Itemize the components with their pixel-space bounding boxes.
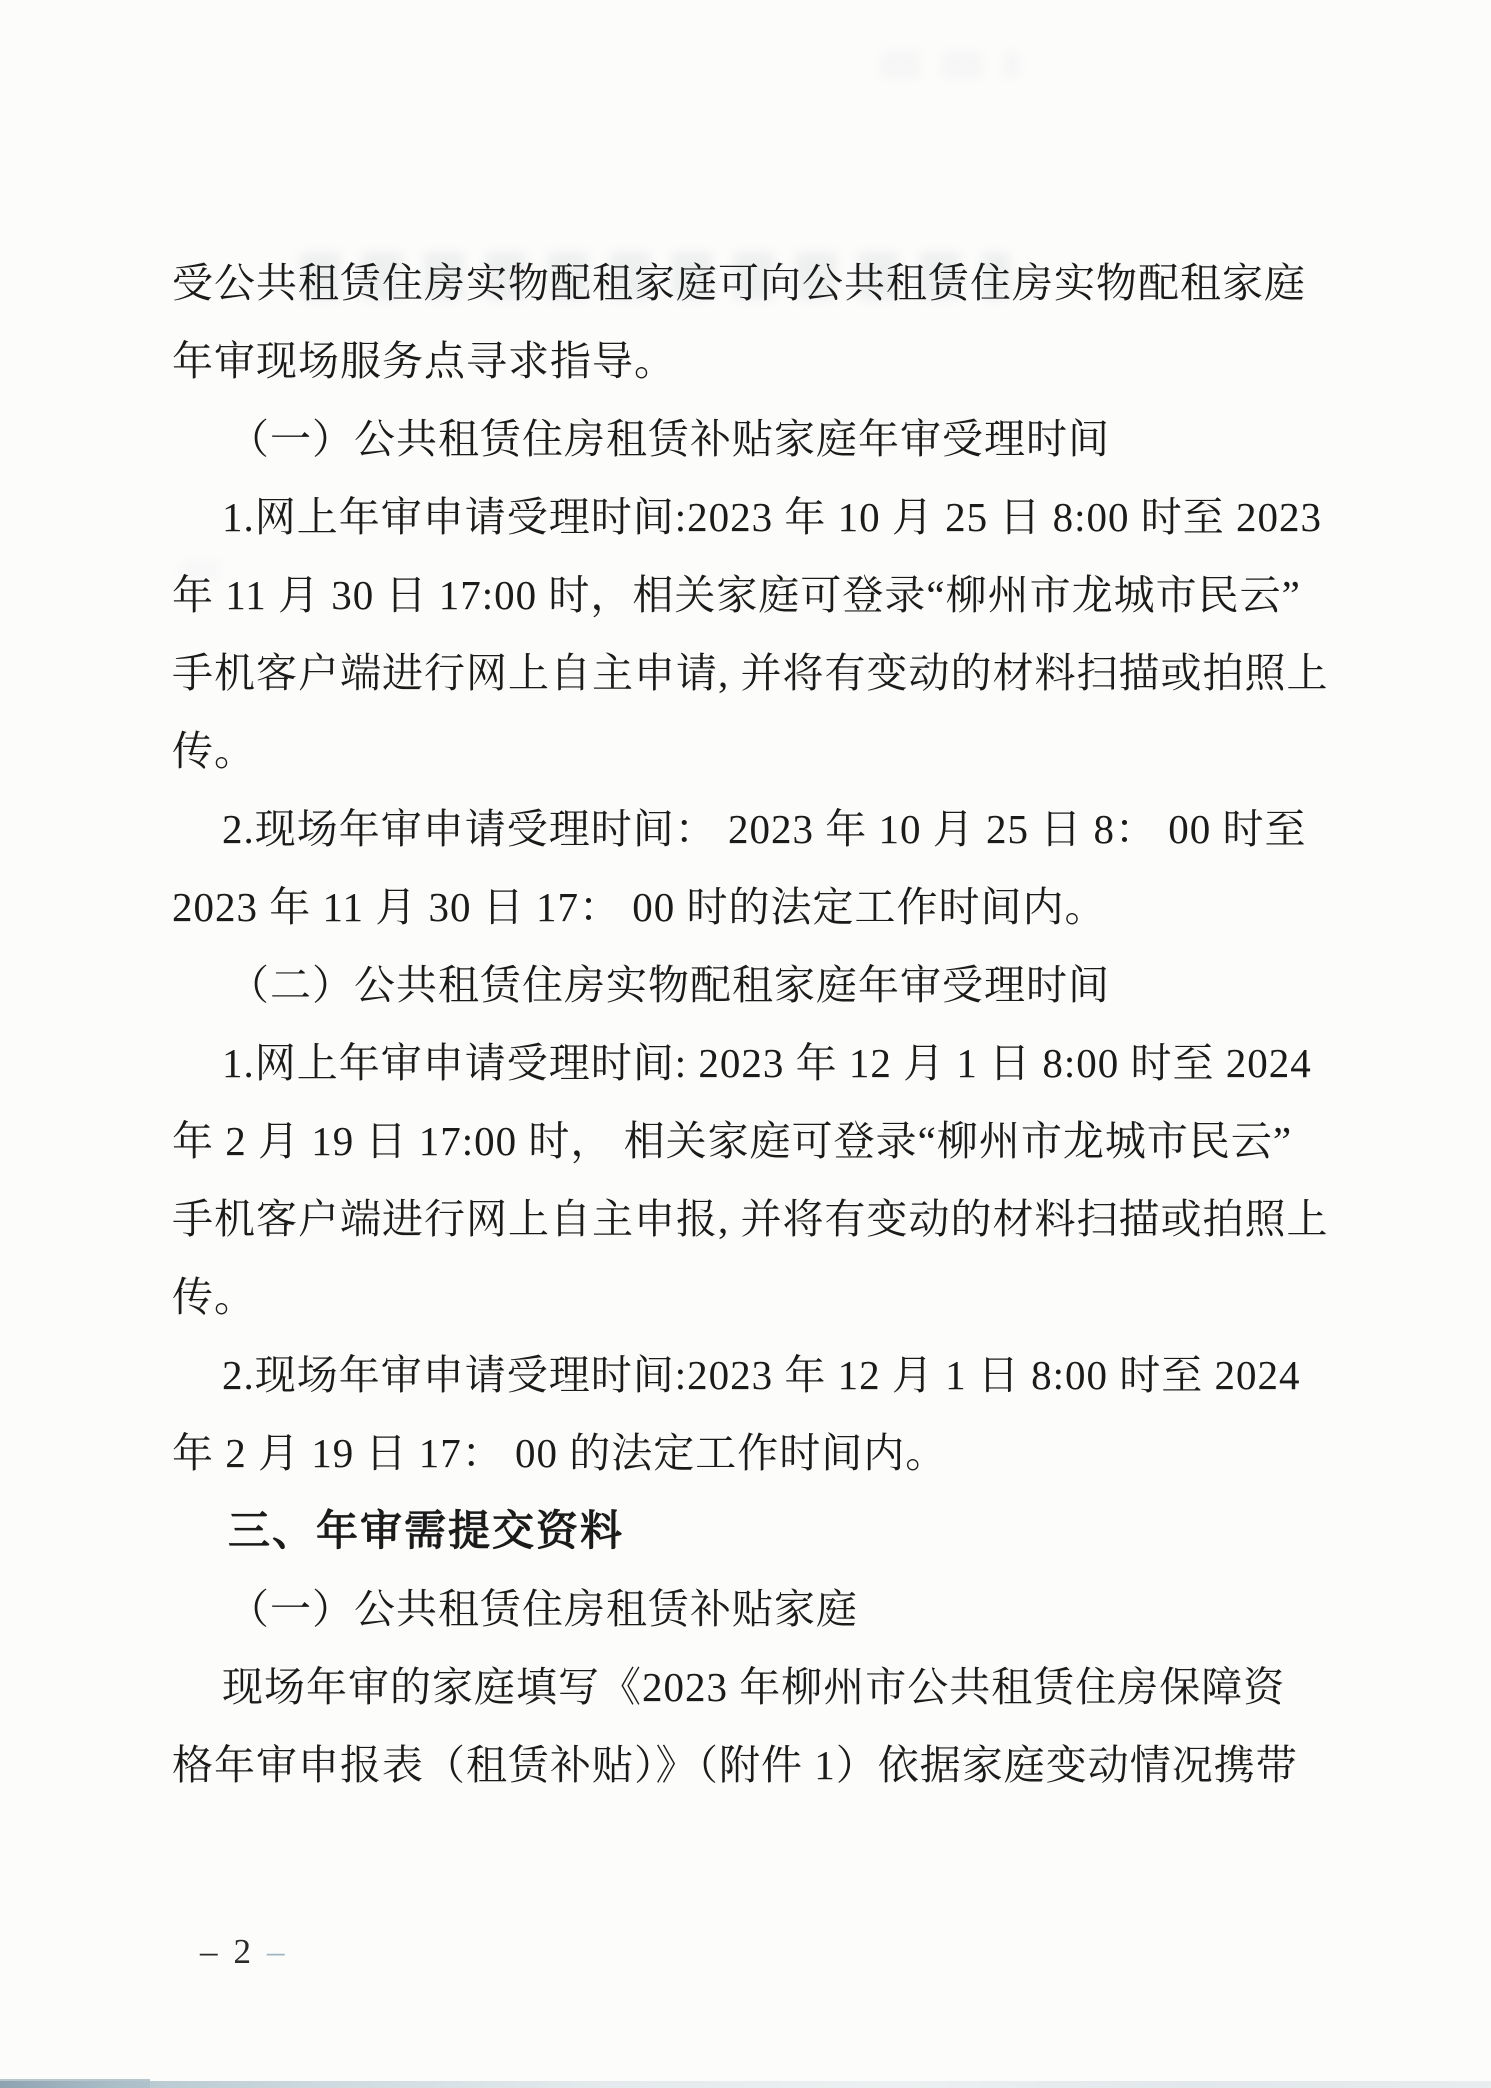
body-line: 传。	[172, 712, 1357, 790]
body-line: 年 2 月 19 日 17:00 时， 相关家庭可登录“柳州市龙城市民云”	[172, 1102, 1357, 1180]
body-line: 现场年审的家庭填写《2023 年柳州市公共租赁住房保障资	[172, 1648, 1357, 1726]
body-line: 手机客户端进行网上自主申报, 并将有变动的材料扫描或拍照上	[172, 1180, 1357, 1258]
subsection-heading-2: （二）公共租赁住房实物配租家庭年审受理时间	[172, 946, 1357, 1024]
subsection-heading-1: （一）公共租赁住房租赁补贴家庭年审受理时间	[172, 400, 1357, 478]
item-2-onsite-review-time-2: 2.现场年审申请受理时间:2023 年 12 月 1 日 8:00 时至 202…	[172, 1336, 1357, 1414]
bleed-through-artifact	[880, 52, 1020, 78]
subsection-heading-materials: （一）公共租赁住房租赁补贴家庭	[172, 1570, 1357, 1648]
body-line-continuation: 受公共租赁住房实物配租家庭可向公共租赁住房实物配租家庭	[172, 244, 1357, 322]
page-number-value: 2	[234, 1932, 254, 1971]
scanned-document-page: 受公共租赁住房实物配租家庭可向公共租赁住房实物配租家庭 年审现场服务点寻求指导。…	[0, 0, 1491, 2088]
item-2-onsite-review-time: 2.现场年审申请受理时间： 2023 年 10 月 25 日 8： 00 时至	[172, 790, 1357, 868]
scan-edge-artifact	[0, 2081, 1491, 2088]
body-line: 年 11 月 30 日 17:00 时，相关家庭可登录“柳州市龙城市民云”	[172, 556, 1357, 634]
body-line: 年审现场服务点寻求指导。	[172, 322, 1357, 400]
body-line: 传。	[172, 1258, 1357, 1336]
page-number: –2–	[186, 1932, 301, 1972]
page-number-dash-left: –	[186, 1932, 234, 1971]
document-body: 受公共租赁住房实物配租家庭可向公共租赁住房实物配租家庭 年审现场服务点寻求指导。…	[172, 244, 1357, 1804]
body-line: 手机客户端进行网上自主申请, 并将有变动的材料扫描或拍照上	[172, 634, 1357, 712]
body-line: 格年审申报表（租赁补贴）》（附件 1）依据家庭变动情况携带	[172, 1726, 1357, 1804]
section-heading-3: 三、年审需提交资料	[172, 1492, 1357, 1570]
body-line: 年 2 月 19 日 17： 00 的法定工作时间内。	[172, 1414, 1357, 1492]
page-number-dash-right: –	[253, 1932, 301, 1971]
item-1-online-review-time-2: 1.网上年审申请受理时间: 2023 年 12 月 1 日 8:00 时至 20…	[172, 1024, 1357, 1102]
body-line: 2023 年 11 月 30 日 17： 00 时的法定工作时间内。	[172, 868, 1357, 946]
item-1-online-review-time: 1.网上年审申请受理时间:2023 年 10 月 25 日 8:00 时至 20…	[172, 478, 1357, 556]
